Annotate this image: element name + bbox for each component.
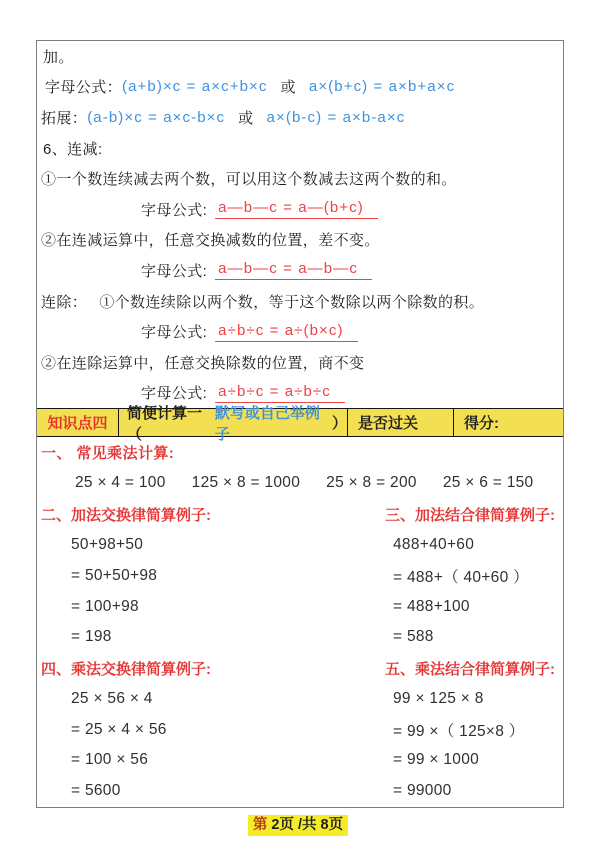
equation-line: = 5600 xyxy=(37,782,121,800)
equation-line: = 50+50+98 xyxy=(37,567,157,585)
serial-subtraction-rule2-text: ②在连减运算中，任意交换减数的位置，差不变。 xyxy=(41,229,380,250)
equation-line: = 100 × 56 xyxy=(37,751,148,769)
equation-line: = 588 xyxy=(349,628,434,646)
serial-division-formula1-line: 字母公式: a÷b÷c = a÷(b×c) xyxy=(37,316,563,347)
titles-row-mul: 四、乘法交换律简算例子: 五、乘法结合律简算例子: xyxy=(37,653,563,684)
knowledge-point-row: 知识点四 简便计算一（默写或自己举例子） 是否过关 得分: xyxy=(37,408,563,437)
formula-label: 字母公式： xyxy=(45,76,122,97)
common-multiplication-line: 25 × 4 = 100 125 × 8 = 1000 25 × 8 = 200… xyxy=(37,468,563,499)
add-example-row: = 198 = 588 xyxy=(37,622,563,653)
extension-formula-line: 拓展： (a-b)×c = a×c-b×c 或 a×(b-c) = a×b-a×… xyxy=(37,102,563,133)
serial-subtraction-rule2: ②在连减运算中，任意交换减数的位置，差不变。 xyxy=(37,225,563,256)
section1-title: 一、 常见乘法计算: xyxy=(41,442,174,463)
equation-line: = 99000 xyxy=(349,782,452,800)
equation-line: = 198 xyxy=(37,628,112,646)
section5-title: 五、乘法结合律简算例子: xyxy=(349,658,555,679)
knowledge-topic-cell: 简便计算一（默写或自己举例子） xyxy=(119,409,348,436)
equation-line: = 488+（ 40+60 ） xyxy=(349,565,529,587)
or-word: 或 xyxy=(280,76,295,97)
page-number-badge: 第 2页 /共 8页 xyxy=(248,815,348,836)
serial-subtraction-title-text: 6、连减: xyxy=(43,138,103,159)
carryover-text: 加。 xyxy=(43,46,74,67)
serial-division-rule1: 连除： ①个数连续除以两个数，等于这个数除以两个除数的积。 xyxy=(37,286,563,317)
equation-line: = 100+98 xyxy=(37,598,139,616)
equation-line: 25 × 56 × 4 xyxy=(37,690,153,708)
serial-subtraction-formula1-line: 字母公式: a—b—c = a—(b+c) xyxy=(37,194,563,225)
formula-distributive-sub-2: a×(b-c) = a×b-a×c xyxy=(267,109,406,126)
serial-subtraction-rule1: ①一个数连续减去两个数，可以用这个数减去这两个数的和。 xyxy=(37,163,563,194)
equation-line: = 99 ×（ 125×8 ） xyxy=(349,719,525,741)
add-example-row: 50+98+50 488+40+60 xyxy=(37,530,563,561)
pass-status-cell: 是否过关 xyxy=(348,409,454,436)
formula-label: 字母公式: xyxy=(141,260,207,281)
formula-distributive-add-2: a×(b+c) = a×b+a×c xyxy=(309,78,455,95)
serial-division-rule2: ②在连除运算中，任意交换除数的位置，商不变 xyxy=(37,347,563,378)
formula-division-combine: a÷b÷c = a÷(b×c) xyxy=(215,322,357,342)
section3-title: 三、加法结合律简算例子: xyxy=(349,504,555,525)
serial-division-label: 连除： xyxy=(41,291,87,312)
equation-line: 50+98+50 xyxy=(37,536,143,554)
titles-row-add: 二、加法交换律简算例子: 三、加法结合律简算例子: xyxy=(37,499,563,530)
mul-fact: 25 × 6 = 150 xyxy=(443,474,534,492)
mul-example-row: = 100 × 56 = 99 × 1000 xyxy=(37,745,563,776)
formula-label: 字母公式: xyxy=(141,321,207,342)
equation-line: 488+40+60 xyxy=(349,536,474,554)
formula-distributive-add-1: (a+b)×c = a×c+b×c xyxy=(122,78,267,95)
equation-line: = 99 × 1000 xyxy=(349,751,479,769)
carryover-line: 加。 xyxy=(37,41,563,72)
mul-fact: 25 × 8 = 200 xyxy=(326,474,417,492)
page-number-text: 2页 /共 8页 xyxy=(267,817,343,833)
formula-label: 字母公式: xyxy=(141,199,207,220)
topic-highlight: 默写或自己举例子 xyxy=(215,402,332,444)
formula-label: 字母公式: xyxy=(141,382,207,403)
formula-subtraction-swap: a—b—c = a—b—c xyxy=(215,260,372,280)
knowledge-point-cell: 知识点四 xyxy=(37,409,119,436)
document-page: 加。 字母公式： (a+b)×c = a×c+b×c 或 a×(b+c) = a… xyxy=(0,0,596,842)
add-example-row: = 100+98 = 488+100 xyxy=(37,591,563,622)
section4-title: 四、乘法交换律简算例子: xyxy=(37,658,211,679)
section2-title: 二、加法交换律简算例子: xyxy=(37,504,211,525)
mul-example-row: 25 × 56 × 4 99 × 125 × 8 xyxy=(37,684,563,715)
or-word: 或 xyxy=(238,107,253,128)
distributive-formula-line: 字母公式： (a+b)×c = a×c+b×c 或 a×(b+c) = a×b+… xyxy=(37,72,563,103)
page-footer: 第 2页 /共 8页 xyxy=(0,813,596,834)
mul-example-row: = 25 × 4 × 56 = 99 ×（ 125×8 ） xyxy=(37,714,563,745)
score-cell: 得分: xyxy=(454,409,563,436)
mul-fact: 25 × 4 = 100 xyxy=(75,474,166,492)
formula-distributive-sub-1: (a-b)×c = a×c-b×c xyxy=(87,109,225,126)
mul-example-row: = 5600 = 99000 xyxy=(37,776,563,807)
equation-line: 99 × 125 × 8 xyxy=(349,690,484,708)
serial-subtraction-formula2-line: 字母公式: a—b—c = a—b—c xyxy=(37,255,563,286)
topic-prefix: 简便计算一（ xyxy=(127,402,215,444)
formula-division-swap: a÷b÷c = a÷b÷c xyxy=(215,383,345,403)
mul-fact: 125 × 8 = 1000 xyxy=(192,474,301,492)
worksheet-border-box: 加。 字母公式： (a+b)×c = a×c+b×c 或 a×(b+c) = a… xyxy=(36,40,564,808)
equation-line: = 25 × 4 × 56 xyxy=(37,721,167,739)
examples-block: 一、 常见乘法计算: 25 × 4 = 100 125 × 8 = 1000 2… xyxy=(37,437,563,807)
page-number-prefix: 第 xyxy=(253,817,268,833)
add-example-row: = 50+50+98 = 488+（ 40+60 ） xyxy=(37,560,563,591)
topic-suffix: ） xyxy=(332,412,347,433)
extension-label: 拓展： xyxy=(41,107,87,128)
rules-block: 加。 字母公式： (a+b)×c = a×c+b×c 或 a×(b+c) = a… xyxy=(37,41,563,408)
serial-division-rule1-text: ①个数连续除以两个数，等于这个数除以两个除数的积。 xyxy=(99,291,484,312)
equation-line: = 488+100 xyxy=(349,598,470,616)
formula-subtraction-combine: a—b—c = a—(b+c) xyxy=(215,199,378,219)
serial-division-rule2-text: ②在连除运算中，任意交换除数的位置，商不变 xyxy=(41,352,364,373)
serial-subtraction-rule1-text: ①一个数连续减去两个数，可以用这个数减去这两个数的和。 xyxy=(41,168,457,189)
serial-subtraction-title: 6、连减: xyxy=(37,133,563,164)
